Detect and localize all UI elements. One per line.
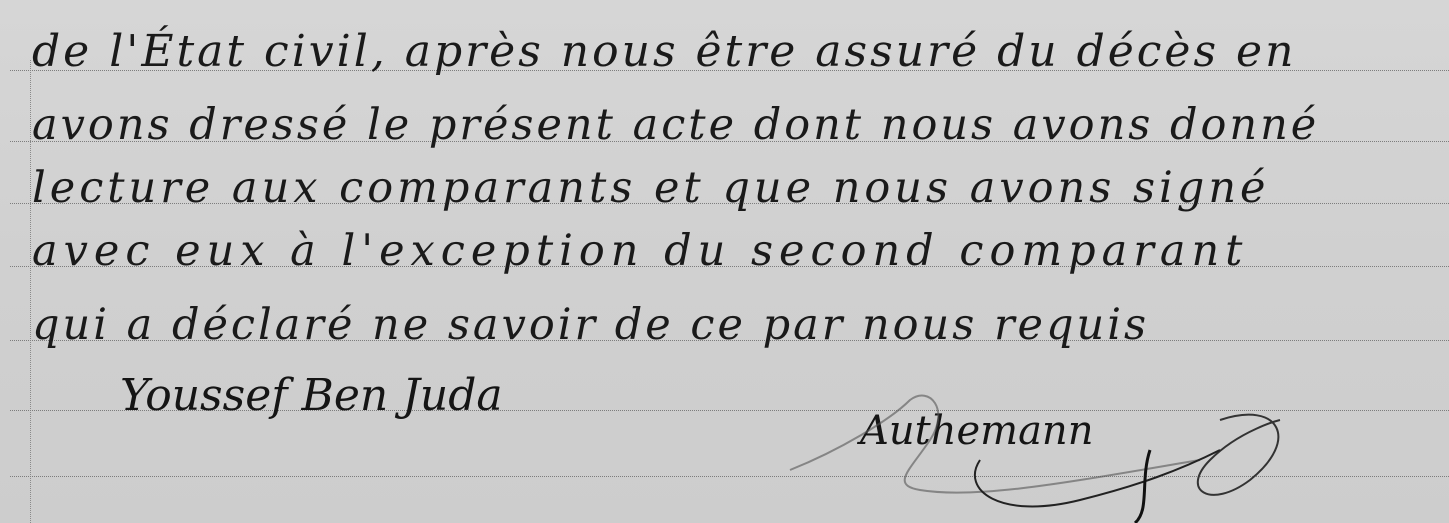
margin-line (30, 60, 31, 523)
handwritten-line-2: avons dressé le présent acte dont nous a… (32, 100, 1319, 150)
signature-youssef-ben-juda: Youssef Ben Juda (120, 370, 503, 421)
handwritten-line-3: lecture aux comparants et que nous avons… (32, 163, 1269, 213)
handwritten-line-1: de l'État civil, après nous être assuré … (32, 26, 1296, 77)
signature-flourish-icon (780, 380, 1320, 523)
handwritten-line-4: avec eux à l'exception du second compara… (32, 226, 1248, 276)
handwritten-line-5: qui a déclaré ne savoir de ce par nous r… (32, 300, 1149, 350)
document-page: de l'État civil, après nous être assuré … (0, 0, 1449, 523)
